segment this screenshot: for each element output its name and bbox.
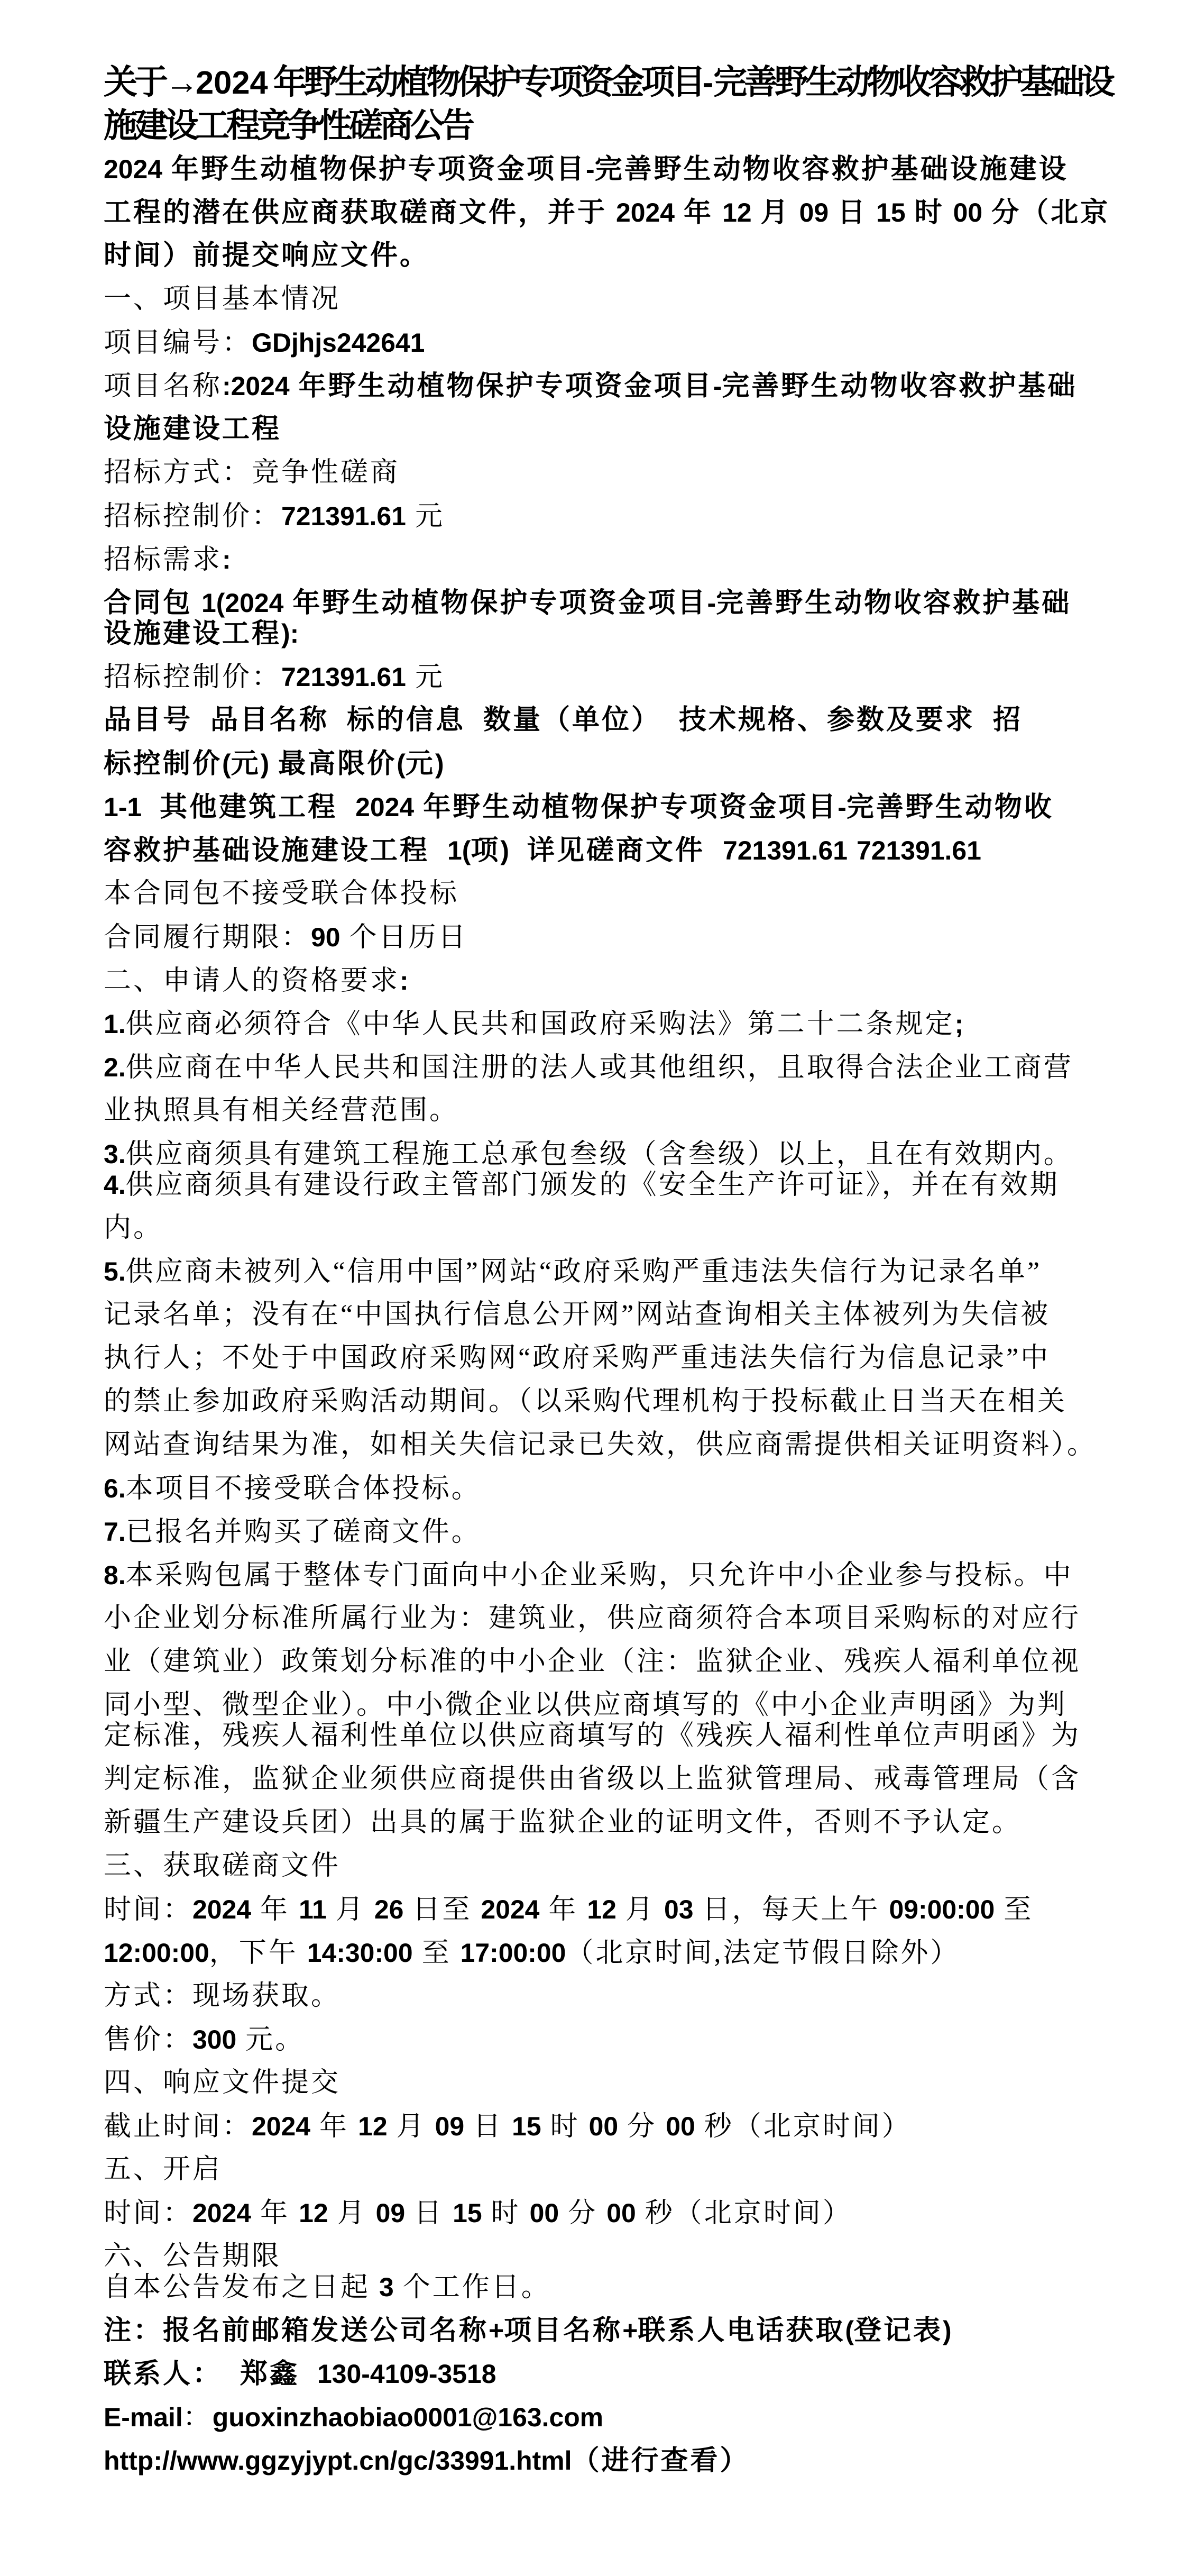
latin-text: 12 xyxy=(358,2112,388,2141)
text-run: E-mail：guoxinzhaobiao0001@163.com xyxy=(104,2403,603,2433)
text-line: 时间：2024 年 11 月 26 日至 2024 年 12 月 03 日，每天… xyxy=(104,1888,1108,1931)
latin-text: - xyxy=(838,792,846,822)
latin-text: 12 xyxy=(299,2198,328,2228)
text-line: 合同履行期限：90 个日历日 xyxy=(104,916,1108,959)
latin-text: 1-1 xyxy=(104,792,142,822)
text-line: 关于→2024 年野生动植物保护专项资金项目-完善野生动物收容救护基础设 xyxy=(104,61,1108,104)
latin-text: 90 xyxy=(311,922,341,952)
text-line: 网站查询结果为准，如相关失信记录已失效，供应商需提供相关证明资料）。 xyxy=(104,1423,1108,1467)
latin-text: 4. xyxy=(104,1170,126,1200)
text-run: 4.供应商须具有建设行政主管部门颁发的《安全生产许可证》，并在有效期 xyxy=(104,1170,1060,1200)
text-line: 设施建设工程 xyxy=(104,408,1108,451)
latin-text: 09 xyxy=(435,2112,465,2141)
text-line: 1.供应商必须符合《中华人民共和国政府采购法》第二十二条规定; xyxy=(104,1002,1108,1046)
latin-text: 1( xyxy=(447,836,471,865)
text-run: 业执照具有相关经营范围。 xyxy=(104,1095,459,1126)
text-line: 招标控制价：721391.61 元 xyxy=(104,495,1108,538)
text-line: 招标需求: xyxy=(104,538,1108,581)
text-run: 项目编号：GDjhjs242641 xyxy=(104,328,425,358)
text-run: 网站查询结果为准，如相关失信记录已失效，供应商需提供相关证明资料）。 xyxy=(104,1430,1097,1460)
latin-text: 2024 xyxy=(481,1895,539,1924)
latin-text: 6. xyxy=(104,1474,126,1503)
text-line: 2024 年野生动植物保护专项资金项目-完善野生动物收容救护基础设施建设 xyxy=(104,148,1108,191)
text-run: 业（建筑业）政策划分标准的中小企业（注：监狱企业、残疾人福利单位视 xyxy=(104,1647,1081,1677)
text-run: 五、开启 xyxy=(104,2154,222,2185)
text-line: 5.供应商未被列入“信用中国”网站“政府采购严重违法失信行为记录名单” xyxy=(104,1250,1108,1293)
text-run: 招标需求: xyxy=(104,545,231,575)
text-line: 工程的潜在供应商获取磋商文件，并于 2024 年 12 月 09 日 15 时 … xyxy=(104,191,1108,234)
latin-text: 2024 xyxy=(231,371,290,401)
text-line: 联系人： 郑鑫 130-4109-3518 xyxy=(104,2352,1108,2396)
text-line: E-mail：guoxinzhaobiao0001@163.com xyxy=(104,2396,1108,2439)
latin-text: 8. xyxy=(104,1560,126,1590)
text-run: 招标方式：竞争性磋商 xyxy=(104,458,400,488)
text-run: 工程的潜在供应商获取磋商文件，并于 2024 年 12 月 09 日 15 时 … xyxy=(104,198,1110,228)
text-line: http://www.ggzyjypt.cn/gc/33991.html（进行查… xyxy=(104,2439,1108,2482)
text-line: 招标控制价：721391.61 元 xyxy=(104,655,1108,699)
text-line: 判定标准，监狱企业须供应商提供由省级以上监狱管理局、戒毒管理局（含 xyxy=(104,1758,1108,1801)
text-line: 容救护基础设施建设工程 1(项) 详见磋商文件 721391.61 721391… xyxy=(104,829,1108,872)
text-line: 6.本项目不接受联合体投标。 xyxy=(104,1467,1108,1510)
text-line: 7.已报名并购买了磋商文件。 xyxy=(104,1510,1108,1554)
text-line: 1-1 其他建筑工程 2024 年野生动植物保护专项资金项目-完善野生动物收 xyxy=(104,785,1108,829)
text-run: 截止时间：2024 年 12 月 09 日 15 时 00 分 00 秒（北京时… xyxy=(104,2112,912,2142)
text-line: 4.供应商须具有建设行政主管部门颁发的《安全生产许可证》，并在有效期 xyxy=(104,1163,1108,1207)
text-line: 售价：300 元。 xyxy=(104,2018,1108,2061)
text-line: 二、申请人的资格要求: xyxy=(104,959,1108,1002)
text-run: 注：报名前邮箱发送公司名称+项目名称+联系人电话获取(登记表) xyxy=(104,2316,952,2346)
latin-text: 130-4109-3518 xyxy=(317,2359,496,2389)
text-line: 2.供应商在中华人民共和国注册的法人或其他组织，且取得合法企业工商营 xyxy=(104,1046,1108,1089)
text-run: 判定标准，监狱企业须供应商提供由省级以上监狱管理局、戒毒管理局（含 xyxy=(104,1764,1081,1794)
latin-text: 721391.61 xyxy=(857,836,981,865)
text-line: 时间：2024 年 12 月 09 日 15 时 00 分 00 秒（北京时间） xyxy=(104,2191,1108,2235)
text-run: 的禁止参加政府采购活动期间。（以采购代理机构于投标截止日当天在相关 xyxy=(104,1386,1067,1417)
latin-text: ( xyxy=(397,749,406,779)
text-line: 业（建筑业）政策划分标准的中小企业（注：监狱企业、残疾人福利单位视 xyxy=(104,1640,1108,1684)
latin-text: 17:00:00 xyxy=(461,1938,566,1968)
latin-text: - xyxy=(707,588,716,618)
text-run: 项目名称: xyxy=(104,371,231,401)
latin-text: 09:00:00 xyxy=(889,1895,995,1924)
text-run: http://www.ggzyjypt.cn/gc/33991.html（进行查… xyxy=(104,2446,750,2476)
latin-text: 09 xyxy=(799,198,829,227)
text-run: 招标控制价：721391.61 元 xyxy=(104,662,445,692)
latin-text: - xyxy=(713,371,722,401)
document-lines: 关于→2024 年野生动植物保护专项资金项目-完善野生动物收容救护基础设施建设工… xyxy=(104,61,1108,2482)
text-line: 注：报名前邮箱发送公司名称+项目名称+联系人电话获取(登记表) xyxy=(104,2309,1108,2352)
latin-text: 300 xyxy=(192,2025,236,2054)
announcement-document-page: 关于→2024 年野生动植物保护专项资金项目-完善野生动物收容救护基础设施建设工… xyxy=(0,0,1187,2576)
text-run: 三、获取磋商文件 xyxy=(104,1851,341,1881)
latin-text: E-mail xyxy=(104,2403,183,2432)
text-line: 品目号 品目名称 标的信息 数量（单位） 技术规格、参数及要求 招 xyxy=(104,699,1108,742)
text-run: 二、申请人的资格要求: xyxy=(104,966,409,996)
latin-text: 00 xyxy=(530,2198,559,2228)
latin-text: 2024 xyxy=(616,198,675,227)
text-run: 执行人；不处于中国政府采购网“政府采购严重违法失信行为信息记录”中 xyxy=(104,1343,1050,1373)
latin-text: 7. xyxy=(104,1517,126,1547)
latin-text: ( xyxy=(222,749,231,779)
latin-text: ) xyxy=(435,749,444,779)
text-run: 合同履行期限：90 个日历日 xyxy=(104,922,468,953)
text-run: 定标准，残疾人福利性单位以供应商填写的《残疾人福利性单位声明函》为 xyxy=(104,1721,1081,1751)
text-line: 12:00:00，下午 14:30:00 至 17:00:00（北京时间,法定节… xyxy=(104,1931,1108,1975)
text-run: 方式：现场获取。 xyxy=(104,1981,341,2011)
text-line: 执行人；不处于中国政府采购网“政府采购严重违法失信行为信息记录”中 xyxy=(104,1337,1108,1380)
text-run: 7.已报名并购买了磋商文件。 xyxy=(104,1517,481,1547)
text-run: 关于→2024 年野生动植物保护专项资金项目-完善野生动物收容救护基础设 xyxy=(104,63,1112,101)
latin-text: 2024 xyxy=(192,1895,251,1924)
text-run: 四、响应文件提交 xyxy=(104,2068,341,2098)
latin-text: 12 xyxy=(722,198,752,227)
text-run: 内。 xyxy=(104,1213,163,1243)
text-line: 的禁止参加政府采购活动期间。（以采购代理机构于投标截止日当天在相关 xyxy=(104,1380,1108,1423)
latin-text: 2024 xyxy=(104,154,162,184)
latin-text: 00 xyxy=(953,198,983,227)
latin-text: 2024 xyxy=(192,2198,251,2228)
latin-text: - xyxy=(703,65,713,101)
text-line: 施建设工程竞争性磋商公告 xyxy=(104,104,1108,148)
latin-text: 00 xyxy=(666,2112,695,2141)
latin-text: 00 xyxy=(606,2198,636,2228)
latin-text: 00 xyxy=(589,2112,619,2141)
latin-text: ) xyxy=(500,836,509,865)
text-run: 自本公告发布之日起 3 个工作日。 xyxy=(104,2272,551,2303)
latin-text: 15 xyxy=(876,198,906,227)
text-line: 8.本采购包属于整体专门面向中小企业采购，只允许中小企业参与投标。中 xyxy=(104,1554,1108,1597)
latin-text: 721391.61 xyxy=(281,501,406,531)
latin-text: 14:30:00 xyxy=(307,1938,413,1968)
text-run: 1.供应商必须符合《中华人民共和国政府采购法》第二十二条规定; xyxy=(104,1009,963,1039)
latin-text: : xyxy=(222,371,231,401)
text-run: 本合同包不接受联合体投标 xyxy=(104,879,459,909)
text-line: 小企业划分标准所属行业为：建筑业，供应商须符合本项目采购标的对应行 xyxy=(104,1597,1108,1640)
latin-text: ; xyxy=(955,1009,964,1039)
text-run: 时间：2024 年 11 月 26 日至 2024 年 12 月 03 日，每天… xyxy=(104,1895,1033,1925)
text-run: 12:00:00，下午 14:30:00 至 17:00:00（北京时间,法定节… xyxy=(104,1938,960,1968)
text-run: 招标控制价：721391.61 元 xyxy=(104,501,445,532)
text-line: 方式：现场获取。 xyxy=(104,1975,1108,2018)
latin-text: 15 xyxy=(512,2112,541,2141)
latin-text: 09 xyxy=(376,2198,406,2228)
latin-text: 721391.61 xyxy=(723,836,848,865)
latin-text: ): xyxy=(281,619,299,648)
latin-text: GDjhjs242641 xyxy=(252,328,425,358)
text-line: 招标方式：竞争性磋商 xyxy=(104,451,1108,495)
text-run: 5.供应商未被列入“信用中国”网站“政府采购严重违法失信行为记录名单” xyxy=(104,1257,1042,1287)
text-line: 截止时间：2024 年 12 月 09 日 15 时 00 分 00 秒（北京时… xyxy=(104,2105,1108,2148)
latin-text: 03 xyxy=(664,1895,694,1924)
text-run: 小企业划分标准所属行业为：建筑业，供应商须符合本项目采购标的对应行 xyxy=(104,1603,1081,1633)
text-run: 设施建设工程): xyxy=(104,619,299,649)
latin-text: ) xyxy=(261,749,270,779)
latin-text: 12 xyxy=(587,1895,616,1924)
text-run: 2.供应商在中华人民共和国注册的法人或其他组织，且取得合法企业工商营 xyxy=(104,1053,1073,1083)
text-line: 三、获取磋商文件 xyxy=(104,1844,1108,1888)
latin-text: : xyxy=(222,545,231,574)
latin-text: + xyxy=(622,2316,638,2345)
latin-text: : xyxy=(400,966,409,995)
text-run: 标控制价(元) 最高限价(元) xyxy=(104,749,444,779)
text-line: 记录名单；没有在“中国执行信息公开网”网站查询相关主体被列为失信被 xyxy=(104,1293,1108,1337)
latin-text: 2024 xyxy=(355,792,414,822)
text-line: 五、开启 xyxy=(104,2148,1108,2191)
text-line: 自本公告发布之日起 3 个工作日。 xyxy=(104,2266,1108,2309)
latin-text: ) xyxy=(943,2316,952,2345)
text-run: 容救护基础设施建设工程 1(项) 详见磋商文件 721391.61 721391… xyxy=(104,836,981,866)
latin-text: 26 xyxy=(374,1895,404,1924)
text-run: 时间：2024 年 12 月 09 日 15 时 00 分 00 秒（北京时间） xyxy=(104,2198,852,2228)
text-run: 2024 年野生动植物保护专项资金项目-完善野生动物收容救护基础设施建设 xyxy=(104,154,1069,185)
text-line: 新疆生产建设兵团）出具的属于监狱企业的证明文件，否则不予认定。 xyxy=(104,1801,1108,1844)
text-line: 内。 xyxy=(104,1207,1108,1250)
latin-text: + xyxy=(489,2316,504,2345)
text-run: 设施建设工程 xyxy=(104,414,281,444)
text-run: 时间）前提交响应文件。 xyxy=(104,241,429,271)
text-line: 业执照具有相关经营范围。 xyxy=(104,1089,1108,1132)
latin-text: 3 xyxy=(379,2272,394,2302)
latin-text: 721391.61 xyxy=(281,662,406,692)
text-line: 一、项目基本情况 xyxy=(104,278,1108,321)
text-run: 售价：300 元。 xyxy=(104,2025,305,2055)
text-run: 记录名单；没有在“中国执行信息公开网”网站查询相关主体被列为失信被 xyxy=(104,1300,1050,1330)
text-run: 1-1 其他建筑工程 2024 年野生动植物保护专项资金项目-完善野生动物收 xyxy=(104,792,1054,823)
latin-text: 12:00:00 xyxy=(104,1938,209,1968)
text-run: 施建设工程竞争性磋商公告 xyxy=(104,107,472,144)
text-run: 6.本项目不接受联合体投标。 xyxy=(104,1474,481,1504)
latin-text: 1. xyxy=(104,1009,126,1039)
text-line: 标控制价(元) 最高限价(元) xyxy=(104,742,1108,785)
text-line: 定标准，残疾人福利性单位以供应商填写的《残疾人福利性单位声明函》为 xyxy=(104,1714,1108,1758)
latin-text: 11 xyxy=(299,1895,327,1924)
text-line: 本合同包不接受联合体投标 xyxy=(104,872,1108,916)
latin-text: http://www.ggzyjypt.cn/gc/33991.html xyxy=(104,2446,572,2475)
latin-text: 5. xyxy=(104,1257,126,1286)
latin-text: ( xyxy=(845,2316,854,2345)
latin-text: 2024 xyxy=(252,2112,310,2141)
text-line: 项目编号：GDjhjs242641 xyxy=(104,321,1108,364)
latin-text: 15 xyxy=(453,2198,482,2228)
text-line: 时间）前提交响应文件。 xyxy=(104,234,1108,278)
latin-text: - xyxy=(586,154,595,184)
text-run: 2024 年野生动植物保护专项资金项目-完善野生动物收容救护基础 xyxy=(231,371,1078,401)
text-run: 联系人： 郑鑫 130-4109-3518 xyxy=(104,2359,496,2389)
text-line: 项目名称:2024 年野生动植物保护专项资金项目-完善野生动物收容救护基础 xyxy=(104,364,1108,408)
latin-text: guoxinzhaobiao0001@163.com xyxy=(213,2403,603,2432)
text-run: 新疆生产建设兵团）出具的属于监狱企业的证明文件，否则不予认定。 xyxy=(104,1807,1022,1838)
text-line: 四、响应文件提交 xyxy=(104,2061,1108,2105)
latin-text: 2024 xyxy=(196,65,268,101)
latin-text: 2. xyxy=(104,1053,126,1082)
text-run: 8.本采购包属于整体专门面向中小企业采购，只允许中小企业参与投标。中 xyxy=(104,1560,1073,1591)
text-run: 品目号 品目名称 标的信息 数量（单位） 技术规格、参数及要求 招 xyxy=(104,705,1023,735)
text-run: 一、项目基本情况 xyxy=(104,284,341,314)
